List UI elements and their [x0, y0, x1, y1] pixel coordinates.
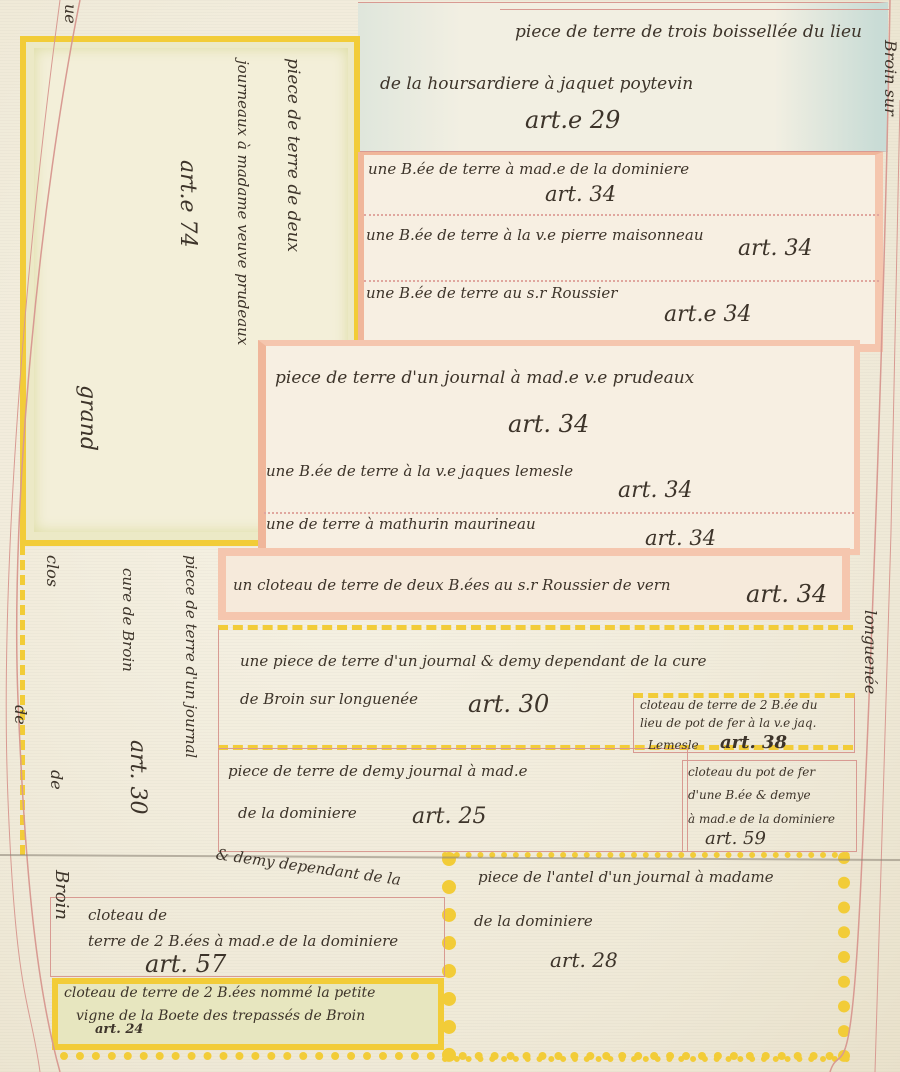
margin-de-2: de	[47, 770, 66, 790]
parcel-30-article: art. 30	[468, 690, 549, 718]
parcel-34a-label: une B.ée de terre à mad.e de la dominier…	[368, 160, 689, 178]
parcel-30-label-line1: une piece de terre d'un journal & demy d…	[240, 652, 706, 670]
parcel-34b-label: une B.ée de terre à la v.e pierre maison…	[366, 226, 704, 244]
parcel-24-label-line1: cloteau de terre de 2 B.ées nommé la pet…	[64, 985, 375, 1001]
parcel-57-article: art. 57	[145, 950, 226, 978]
margin-broin: Broin	[51, 870, 72, 920]
parcel-38-label-line1: cloteau de terre de 2 B.ée du	[640, 698, 817, 712]
parcel-34d-label: piece de terre d'un journal à mad.e v.e …	[275, 368, 694, 388]
parcel-57-label-line1: cloteau de	[88, 906, 167, 924]
parcel-29-label-line2: de la hoursardiere à jaquet poytevin	[380, 74, 693, 94]
parcel-34d-article: art. 34	[508, 410, 589, 438]
parcel-30-label-line2: de Broin sur longuenée	[240, 690, 418, 708]
margin-de-1: de	[11, 705, 30, 725]
parcel-59-label-line1: cloteau du pot de fer	[688, 765, 815, 779]
parcel-38-article: art. 38	[720, 732, 787, 753]
parcel-74-article: art.e 74	[175, 160, 200, 247]
parcel-34e-label: une B.ée de terre à la v.e jaques lemesl…	[266, 462, 573, 480]
margin-grand: grand	[75, 385, 100, 451]
parcel-74-label-line2: journeaux à madame veuve prudeaux	[234, 60, 252, 345]
parcel-29-article: art.e 29	[525, 106, 620, 134]
parcel-34f-label: une de terre à mathurin maurineau	[266, 515, 536, 533]
parcel-34c-label: une B.ée de terre au s.r Roussier	[366, 284, 617, 302]
parcel-24-article: art. 24	[95, 1022, 143, 1037]
parcel-34f-article: art. 34	[645, 526, 716, 550]
parcel-25-label-line2: de la dominiere	[238, 804, 357, 822]
margin-left-top: ue	[61, 4, 80, 24]
parcel-28-article: art. 28	[550, 948, 618, 972]
parcel-34c-article: art.e 34	[664, 302, 751, 327]
parcel-38-label-line2: lieu de pot de fer à la v.e jaq.	[640, 716, 816, 730]
parcel-57-label-line2: terre de 2 B.ées à mad.e de la dominiere	[88, 932, 398, 950]
parcel-34g-label: un cloteau de terre de deux B.ées au s.r…	[233, 576, 671, 594]
parcel-30v-article: art. 30	[125, 740, 150, 814]
parcel-29-label-line1: piece de terre de trois boissellée du li…	[515, 22, 862, 42]
margin-clos: clos	[43, 555, 62, 587]
parcel-30v-label-line2: cure de Broin	[119, 568, 137, 672]
parcel-59-label-line3: à mad.e de la dominiere	[688, 812, 835, 826]
margin-right-longuenee: longuenée	[861, 610, 880, 694]
parcel-34b-article: art. 34	[738, 236, 812, 261]
parcel-28-label-line2: de la dominiere	[474, 912, 593, 930]
parcel-74-label-line1: piece de terre de deux	[283, 58, 303, 252]
parcel-28-label-line1: piece de l'antel d'un journal à madame	[478, 868, 774, 886]
parcel-59-article: art. 59	[705, 828, 766, 849]
parcel-34e-article: art. 34	[618, 478, 692, 503]
parcel-30v-label-line1: piece de terre d'un journal	[182, 555, 200, 758]
parcel-34g-article: art. 34	[746, 580, 827, 608]
parcel-59-label-line2: d'une B.ée & demye	[688, 788, 811, 802]
parcel-38-label-line3: Lemesle	[648, 738, 699, 752]
parcel-25-article: art. 25	[412, 804, 486, 829]
margin-right-top: Broin sur	[881, 40, 900, 116]
parcel-34a-article: art. 34	[545, 182, 616, 206]
parcel-25-label-line1: piece de terre de demy journal à mad.e	[228, 762, 527, 780]
